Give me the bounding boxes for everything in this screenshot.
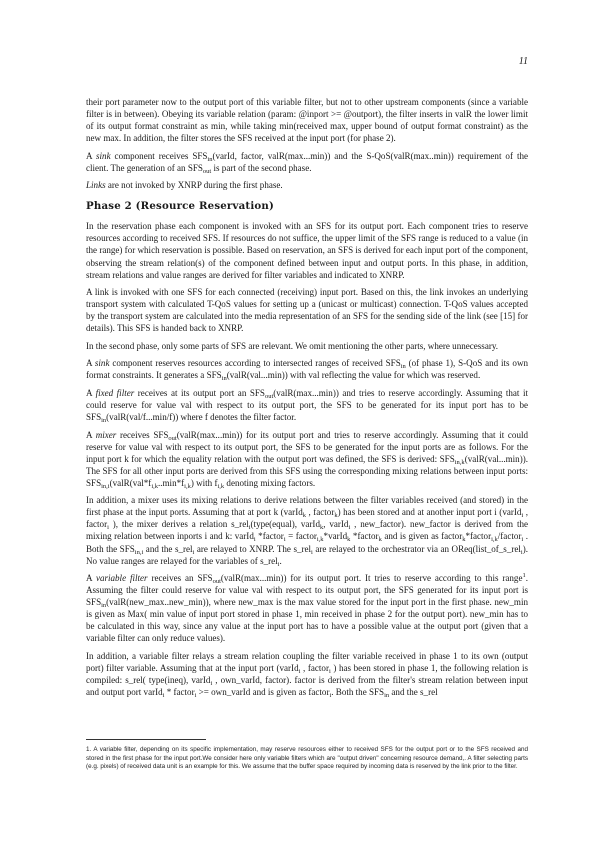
- footnote-1: 1. A variable filter, depending on its s…: [86, 746, 528, 772]
- paragraph-sink-phase1: A sink component receives SFSin(varId, f…: [86, 150, 528, 174]
- paragraph-reservation-phase: In the reservation phase each component …: [86, 220, 528, 280]
- paragraph-sfs-parts: In the second phase, only some parts of …: [86, 340, 528, 352]
- term-sink: sink: [96, 151, 111, 161]
- paragraph-mixer-relations: In addition, a mixer uses its mixing rel…: [86, 494, 528, 566]
- paragraph-link-invocation: A link is invoked with one SFS for each …: [86, 286, 528, 334]
- footnote-marker: 1.: [86, 746, 91, 753]
- paragraph-mixer: A mixer receives SFSout(valR(max...min))…: [86, 429, 528, 489]
- paragraph-variable-filter-phase1-cont: their port parameter now to the output p…: [86, 96, 528, 144]
- term-mixer: mixer: [96, 430, 117, 440]
- term-sink: sink: [95, 358, 110, 368]
- paragraph-sink-phase2: A sink component reserves resources acco…: [86, 357, 528, 381]
- paragraph-variable-filter-relation: In addition, a variable filter relays a …: [86, 650, 528, 698]
- term-fixed-filter: fixed filter: [96, 388, 135, 398]
- section-heading-phase-2: Phase 2 (Resource Reservation): [86, 200, 528, 212]
- footnote-text: A variable filter, depending on its spec…: [86, 746, 528, 770]
- paragraph-links-phase1: Links are not invoked by XNRP during the…: [86, 179, 528, 191]
- paragraph-variable-filter-phase2: A variable filter receives an SFSout(val…: [86, 572, 528, 644]
- paragraph-fixed-filter: A fixed filter receives at its output po…: [86, 387, 528, 423]
- footnote-divider: [86, 739, 206, 740]
- page-number: 11: [500, 56, 528, 67]
- body-text: their port parameter now to the output p…: [86, 96, 528, 704]
- term-links: Links: [86, 180, 106, 190]
- term-variable-filter: variable filter: [96, 573, 148, 583]
